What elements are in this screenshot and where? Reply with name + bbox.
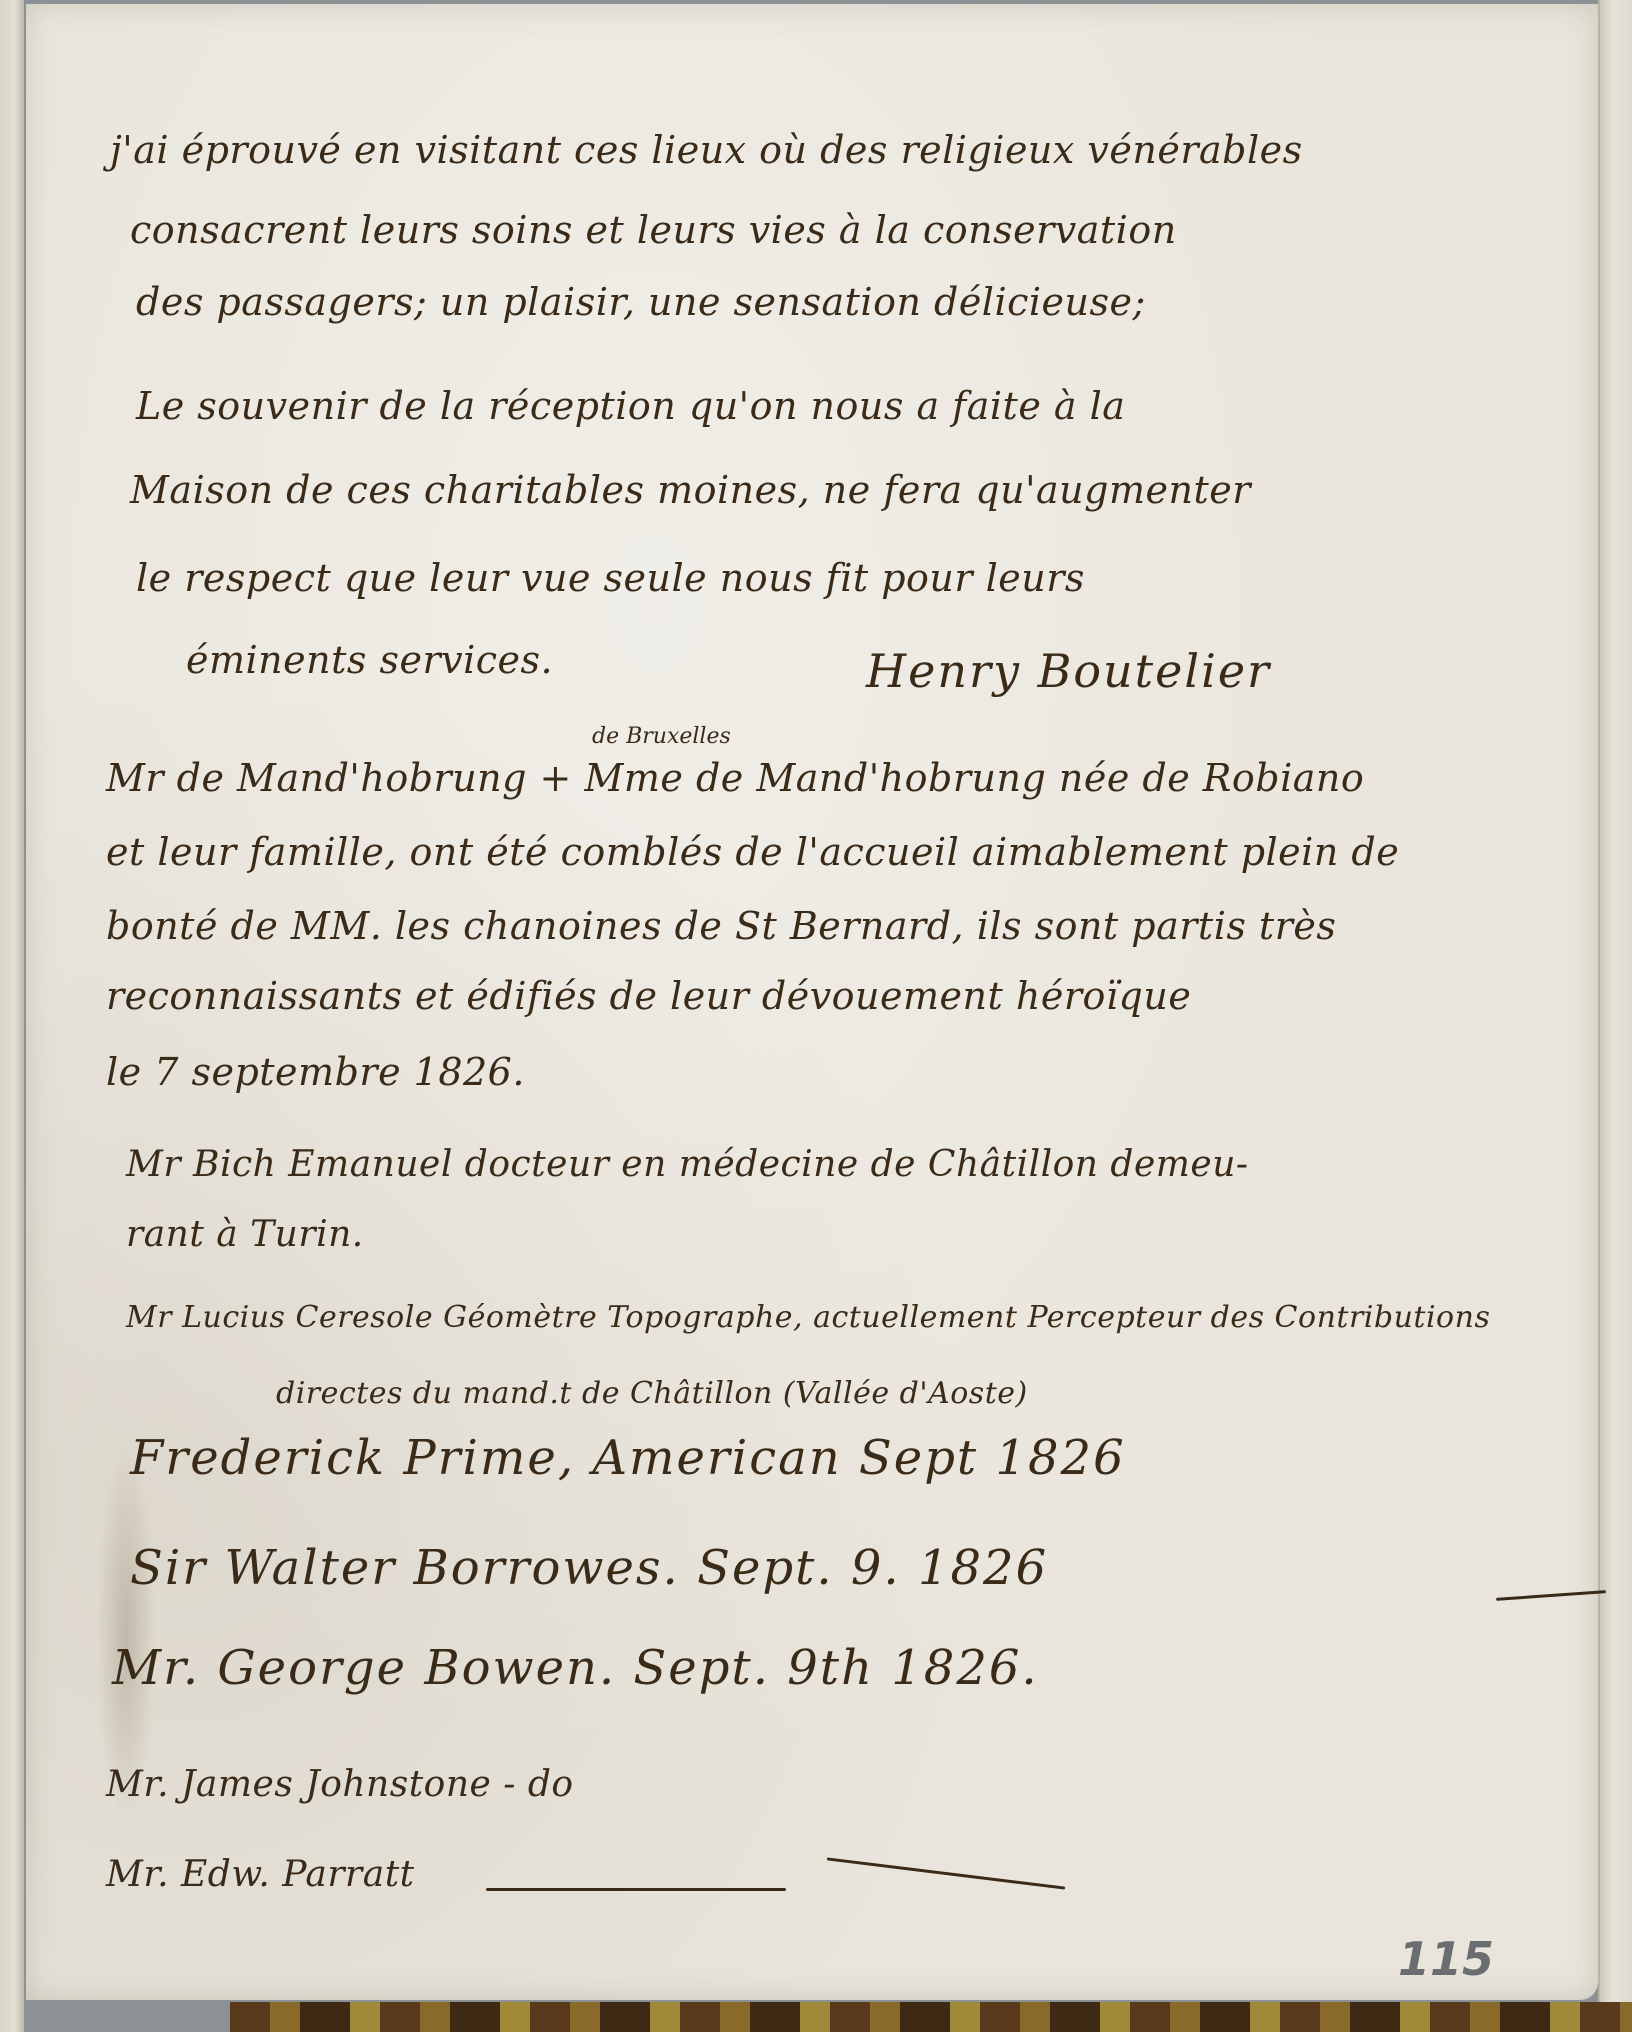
pen-flourish bbox=[486, 1888, 786, 1891]
text-line: Mr de Mand'hobrung + Mme de Mand'hobrung… bbox=[106, 756, 1364, 800]
text-line: éminents services. bbox=[186, 638, 553, 682]
text-line: directes du mand.t de Châtillon (Vallée … bbox=[276, 1376, 1028, 1411]
text-line: le respect que leur vue seule nous fit p… bbox=[136, 556, 1085, 600]
entry-frederick-prime: Frederick Prime, American Sept 1826 bbox=[130, 1430, 1126, 1486]
text-line: Le souvenir de la réception qu'on nous a… bbox=[136, 384, 1125, 428]
text-line: reconnaissants et édifiés de leur dévoue… bbox=[106, 974, 1191, 1018]
signature: Henry Boutelier bbox=[866, 644, 1271, 698]
text-line: rant à Turin. bbox=[126, 1214, 364, 1255]
entry-edw-parratt: Mr. Edw. Parratt bbox=[106, 1854, 415, 1895]
text-line: bonté de MM. les chanoines de St Bernard… bbox=[106, 904, 1336, 948]
marbled-cover-edge bbox=[230, 2002, 1632, 2032]
text-line: le 7 septembre 1826. bbox=[106, 1050, 525, 1094]
entry-walter-borrowes: Sir Walter Borrowes. Sept. 9. 1826 bbox=[130, 1540, 1048, 1596]
entry-george-bowen: Mr. George Bowen. Sept. 9th 1826. bbox=[112, 1640, 1039, 1696]
text-line: j'ai éprouvé en visitant ces lieux où de… bbox=[110, 128, 1303, 172]
text-line: et leur famille, ont été comblés de l'ac… bbox=[106, 830, 1399, 874]
text-line: Maison de ces charitables moines, ne fer… bbox=[130, 468, 1251, 512]
text-line: Mr Lucius Ceresole Géomètre Topographe, … bbox=[126, 1300, 1490, 1335]
manuscript-page: j'ai éprouvé en visitant ces lieux où de… bbox=[26, 4, 1598, 2000]
interlinear-insertion: de Bruxelles bbox=[592, 724, 731, 749]
book-binding-left bbox=[0, 0, 24, 2032]
pen-flourish bbox=[827, 1857, 1066, 1889]
book-binding-right bbox=[1598, 0, 1632, 2032]
pen-flourish bbox=[1496, 1590, 1606, 1601]
text-line: Mr Bich Emanuel docteur en médecine de C… bbox=[126, 1144, 1249, 1185]
text-line: des passagers; un plaisir, une sensation… bbox=[136, 280, 1146, 324]
entry-james-johnstone: Mr. James Johnstone - do bbox=[106, 1764, 574, 1805]
text-line: consacrent leurs soins et leurs vies à l… bbox=[130, 208, 1177, 252]
page-number: 115 bbox=[1398, 1932, 1494, 1986]
